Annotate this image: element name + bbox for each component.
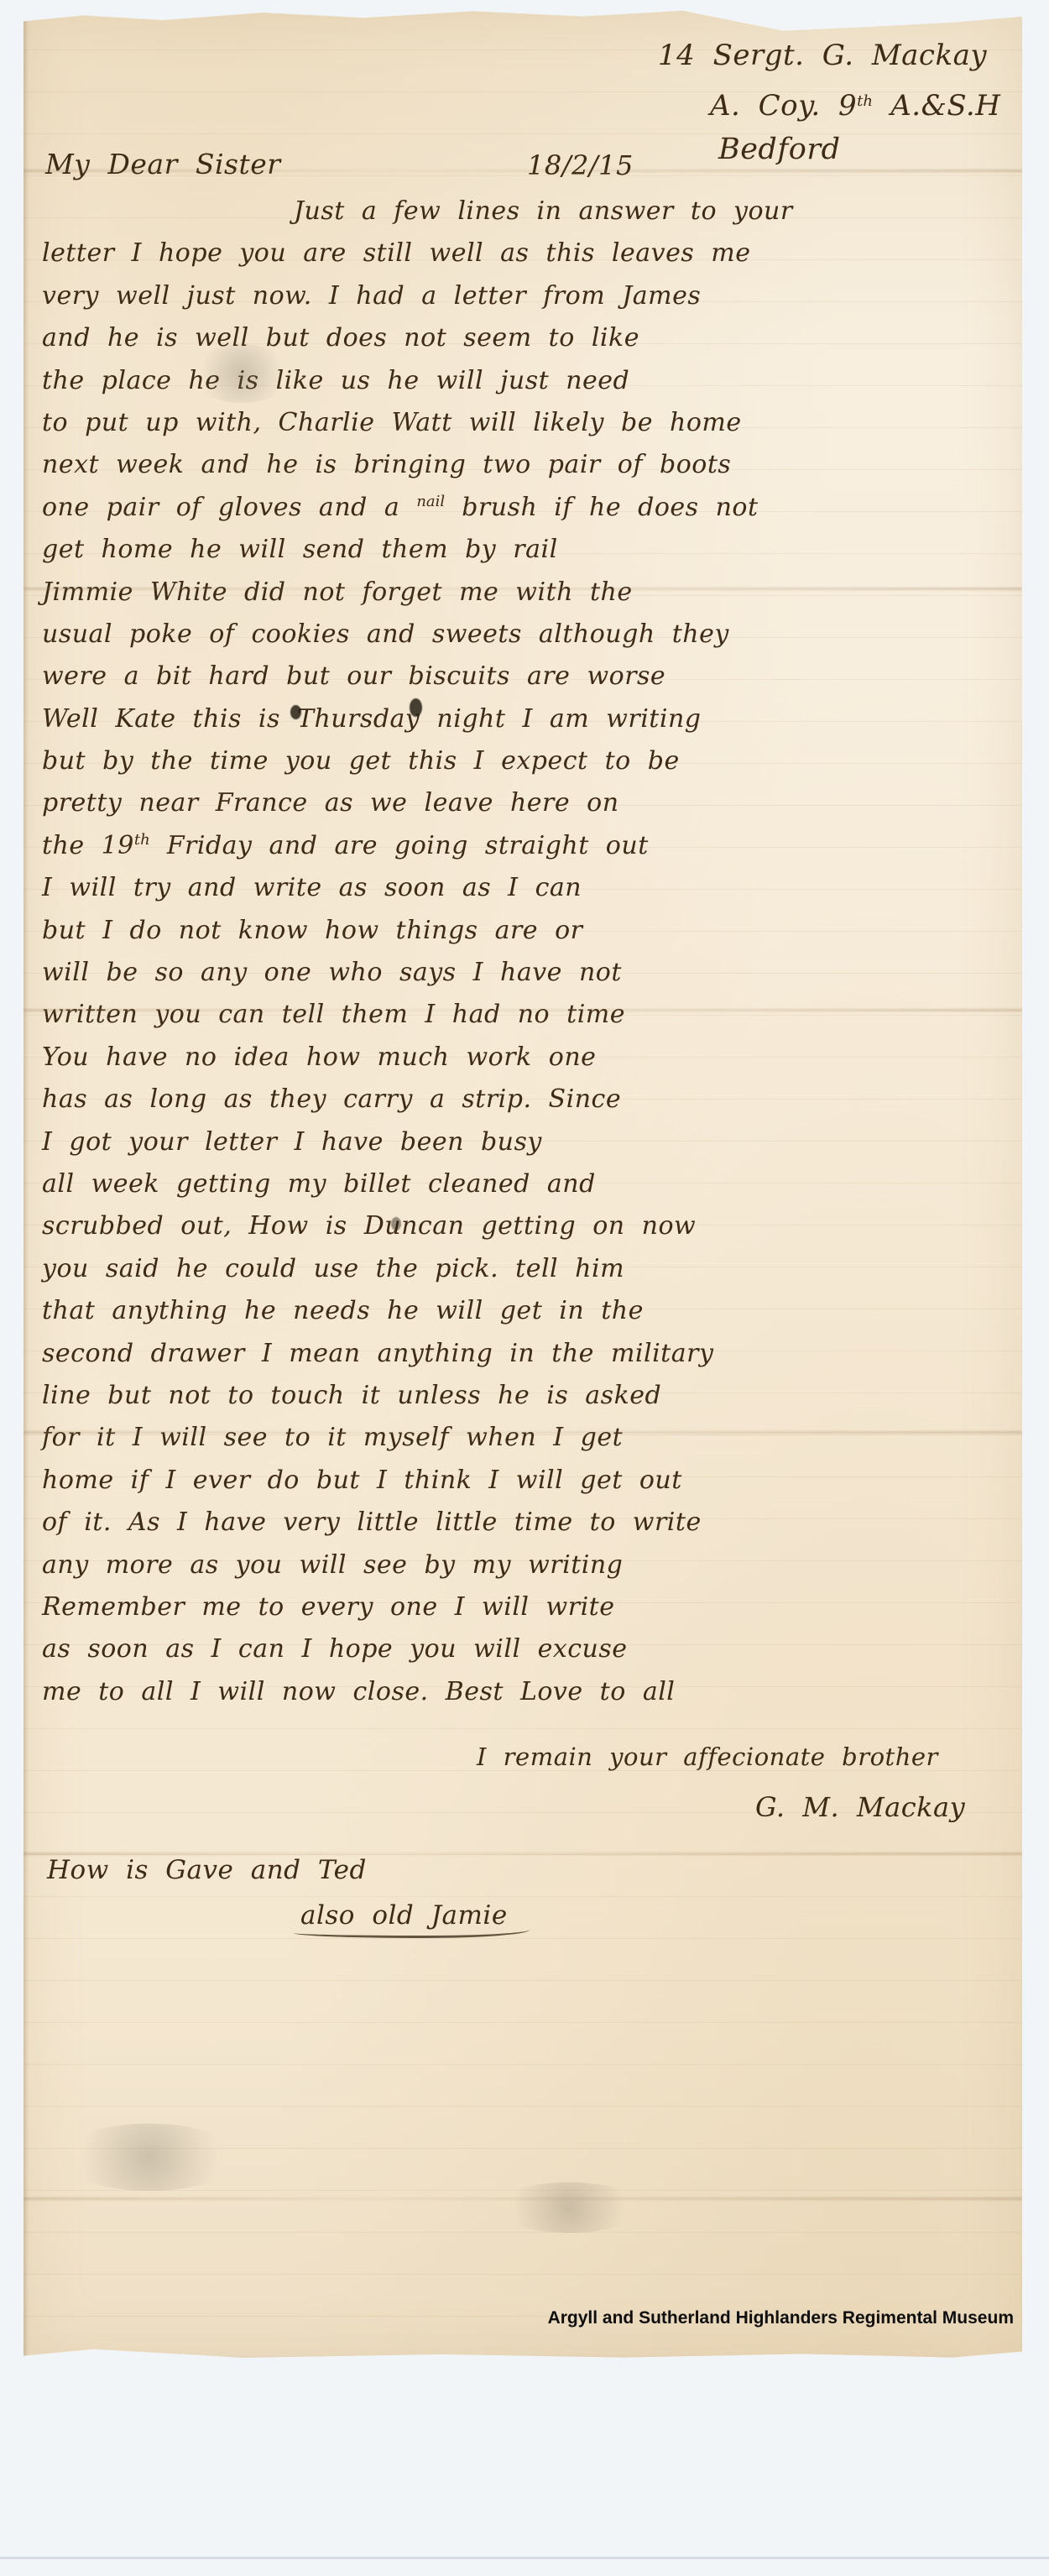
letter-line: line but not to touch it unless he is as… <box>42 1381 1007 1423</box>
letter-line: I got your letter I have been busy <box>42 1127 1007 1169</box>
letter-line: of it. As I have very little little time… <box>42 1507 1007 1549</box>
letter-line: as soon as I can I hope you will excuse <box>42 1634 1007 1676</box>
letter-line: but I do not know how things are or <box>42 916 1007 958</box>
postscript-line-1: How is Gave and Ted <box>47 1855 367 1885</box>
museum-watermark: Argyll and Sutherland Highlanders Regime… <box>548 2308 1014 2328</box>
letter-line: Well Kate this is Thursday night I am wr… <box>42 704 1007 746</box>
paper-stain <box>57 2124 242 2191</box>
signature: G. M. Mackay <box>755 1791 965 1823</box>
letter-line: very well just now. I had a letter from … <box>42 281 1007 323</box>
fold-crease <box>23 1431 1022 1434</box>
letter-line: and he is well but does not seem to like <box>42 323 1007 365</box>
letter-line: one pair of gloves and a nail brush if h… <box>42 493 1007 535</box>
letter-line: scrubbed out, How is Duncan getting on n… <box>42 1211 1007 1253</box>
letter-line: that anything he needs he will get in th… <box>42 1296 1007 1338</box>
letter-line: has as long as they carry a strip. Since <box>42 1084 1007 1126</box>
letter-line: You have no idea how much work one <box>42 1042 1007 1084</box>
sender-name-line: 14 Sergt. G. Mackay <box>658 39 987 72</box>
letter-place: Bedford <box>718 133 841 166</box>
letter-line: but by the time you get this I expect to… <box>42 746 1007 788</box>
unit-line-pre: A. Coy. 9 <box>710 89 857 123</box>
unit-line-post: A.&S.H <box>873 89 1000 123</box>
letter-line: written you can tell them I had no time <box>42 1000 1007 1042</box>
letter-line: for it I will see to it myself when I ge… <box>42 1423 1007 1465</box>
letter-line: Jimmie White did not forget me with the <box>42 577 1007 619</box>
unit-line-superscript: th <box>857 92 873 110</box>
letter-line: Just a few lines in answer to your <box>42 196 1007 238</box>
fold-crease <box>23 588 1022 590</box>
paper-stain <box>191 344 292 403</box>
letter-line: Remember me to every one I will write <box>42 1592 1007 1634</box>
ink-blot <box>391 1217 401 1231</box>
letter-line: next week and he is bringing two pair of… <box>42 450 1007 492</box>
letter-line: home if I ever do but I think I will get… <box>42 1466 1007 1507</box>
postscript-line-2: also old Jamie <box>294 1900 530 1931</box>
letter-line: were a bit hard but our biscuits are wor… <box>42 661 1007 703</box>
letter-paper: 14 Sergt. G. Mackay A. Coy. 9th A.&S.H 1… <box>23 8 1022 2359</box>
letter-body: Just a few lines in answer to yourletter… <box>42 196 1007 1719</box>
letter-line: pretty near France as we leave here on <box>42 788 1007 830</box>
fold-crease <box>23 1009 1022 1011</box>
valediction: I remain your affecionate brother <box>477 1743 938 1771</box>
letter-line: get home he will send them by rail <box>42 535 1007 577</box>
letter-line: all week getting my billet cleaned and <box>42 1169 1007 1211</box>
ink-blot <box>410 698 422 717</box>
scan-bottom-edge <box>0 2557 1049 2559</box>
letter-line: letter I hope you are still well as this… <box>42 238 1007 280</box>
letter-date: 18/2/15 <box>527 149 634 181</box>
letter-line: you said he could use the pick. tell him <box>42 1254 1007 1296</box>
letter-line: usual poke of cookies and sweets althoug… <box>42 619 1007 661</box>
fold-crease <box>23 1852 1022 1855</box>
letter-line: the place he is like us he will just nee… <box>42 366 1007 408</box>
postscript-underlined-text: also old Jamie <box>294 1900 530 1938</box>
letter-line: any more as you will see by my writing <box>42 1550 1007 1592</box>
letter-line: me to all I will now close. Best Love to… <box>42 1677 1007 1719</box>
salutation: My Dear Sister <box>45 148 281 180</box>
unit-line: A. Coy. 9th A.&S.H <box>710 89 1000 123</box>
paper-stain <box>493 2182 645 2233</box>
fold-crease <box>23 170 1022 172</box>
letter-line: to put up with, Charlie Watt will likely… <box>42 408 1007 450</box>
letter-line: second drawer I mean anything in the mil… <box>42 1339 1007 1381</box>
letter-line: will be so any one who says I have not <box>42 958 1007 1000</box>
letter-line: I will try and write as soon as I can <box>42 873 1007 915</box>
letter-line: the 19th Friday and are going straight o… <box>42 831 1007 873</box>
ink-blot <box>290 705 301 719</box>
